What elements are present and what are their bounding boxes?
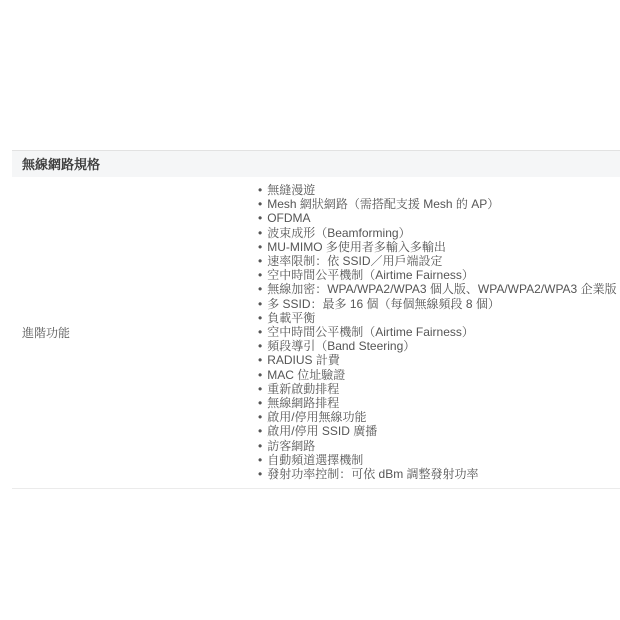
list-item: • 負載平衡: [258, 311, 617, 325]
section-header-wireless-spec: 無線網路規格: [12, 150, 620, 177]
bullet-icon: •: [258, 311, 262, 325]
wireless-spec-table: 無線網路規格 進階功能 • 無縫漫遊 • Mesh 網狀網路（需搭配支援 Mes…: [12, 150, 620, 489]
feature-item-text: 速率限制：依 SSID／用戶端設定: [267, 254, 442, 268]
feature-item-text: 自動頻道選擇機制: [267, 453, 363, 467]
list-item: • 無線網路排程: [258, 396, 617, 410]
feature-item-text: OFDMA: [267, 211, 310, 225]
list-item: • OFDMA: [258, 211, 617, 225]
row-value-advanced-features: • 無縫漫遊 • Mesh 網狀網路（需搭配支援 Mesh 的 AP） • OF…: [258, 177, 620, 488]
bullet-icon: •: [258, 410, 262, 424]
feature-item-text: MU-MIMO 多使用者多輸入多輸出: [267, 240, 446, 254]
bullet-icon: •: [258, 353, 262, 367]
bullet-icon: •: [258, 439, 262, 453]
bullet-icon: •: [258, 282, 262, 296]
feature-item-text: 啟用/停用 SSID 廣播: [267, 424, 377, 438]
list-item: • Mesh 網狀網路（需搭配支援 Mesh 的 AP）: [258, 197, 617, 211]
list-item: • 無線加密：WPA/WPA2/WPA3 個人版、WPA/WPA2/WPA3 企…: [258, 282, 617, 296]
feature-item-text: 啟用/停用無線功能: [267, 410, 366, 424]
bullet-icon: •: [258, 183, 262, 197]
feature-item-text: MAC 位址驗證: [267, 368, 345, 382]
bullet-icon: •: [258, 424, 262, 438]
list-item: • 無縫漫遊: [258, 183, 617, 197]
list-item: • 重新啟動排程: [258, 382, 617, 396]
feature-item-text: 無線網路排程: [267, 396, 339, 410]
list-item: • MAC 位址驗證: [258, 368, 617, 382]
list-item: • 啟用/停用 SSID 廣播: [258, 424, 617, 438]
bullet-icon: •: [258, 226, 262, 240]
bullet-icon: •: [258, 211, 262, 225]
list-item: • 空中時間公平機制（Airtime Fairness）: [258, 268, 617, 282]
list-item: • 訪客網路: [258, 439, 617, 453]
list-item: • 啟用/停用無線功能: [258, 410, 617, 424]
bullet-icon: •: [258, 453, 262, 467]
bullet-icon: •: [258, 339, 262, 353]
feature-item-text: 發射功率控制：可依 dBm 調整發射功率: [267, 467, 478, 481]
feature-item-text: 重新啟動排程: [267, 382, 339, 396]
feature-item-text: 無線加密：WPA/WPA2/WPA3 個人版、WPA/WPA2/WPA3 企業版: [267, 282, 616, 296]
bullet-icon: •: [258, 368, 262, 382]
bullet-icon: •: [258, 240, 262, 254]
list-item: • 自動頻道選擇機制: [258, 453, 617, 467]
list-item: • RADIUS 計費: [258, 353, 617, 367]
bullet-icon: •: [258, 254, 262, 268]
bullet-icon: •: [258, 467, 262, 481]
bullet-icon: •: [258, 297, 262, 311]
bullet-icon: •: [258, 396, 262, 410]
feature-item-text: 負載平衡: [267, 311, 315, 325]
spec-page: 無線網路規格 進階功能 • 無縫漫遊 • Mesh 網狀網路（需搭配支援 Mes…: [0, 0, 620, 620]
list-item: • 波束成形（Beamforming）: [258, 226, 617, 240]
list-item: • 發射功率控制：可依 dBm 調整發射功率: [258, 467, 617, 481]
feature-item-text: 空中時間公平機制（Airtime Fairness）: [267, 325, 474, 339]
list-item: • 速率限制：依 SSID／用戶端設定: [258, 254, 617, 268]
feature-item-text: 波束成形（Beamforming）: [267, 226, 410, 240]
bullet-icon: •: [258, 268, 262, 282]
bullet-icon: •: [258, 382, 262, 396]
feature-item-text: 空中時間公平機制（Airtime Fairness）: [267, 268, 474, 282]
list-item: • MU-MIMO 多使用者多輸入多輸出: [258, 240, 617, 254]
bullet-icon: •: [258, 197, 262, 211]
feature-list: • 無縫漫遊 • Mesh 網狀網路（需搭配支援 Mesh 的 AP） • OF…: [258, 183, 617, 481]
row-label-advanced-features: 進階功能: [12, 177, 258, 488]
list-item: • 多 SSID：最多 16 個（每個無線頻段 8 個）: [258, 297, 617, 311]
list-item: • 空中時間公平機制（Airtime Fairness）: [258, 325, 617, 339]
list-item: • 頻段導引（Band Steering）: [258, 339, 617, 353]
feature-item-text: 多 SSID：最多 16 個（每個無線頻段 8 個）: [267, 297, 500, 311]
bullet-icon: •: [258, 325, 262, 339]
feature-item-text: RADIUS 計費: [267, 353, 340, 367]
feature-item-text: 頻段導引（Band Steering）: [267, 339, 415, 353]
feature-item-text: 訪客網路: [267, 439, 315, 453]
feature-item-text: 無縫漫遊: [267, 183, 315, 197]
table-row-advanced-features: 進階功能 • 無縫漫遊 • Mesh 網狀網路（需搭配支援 Mesh 的 AP）: [12, 177, 620, 489]
feature-item-text: Mesh 網狀網路（需搭配支援 Mesh 的 AP）: [267, 197, 499, 211]
